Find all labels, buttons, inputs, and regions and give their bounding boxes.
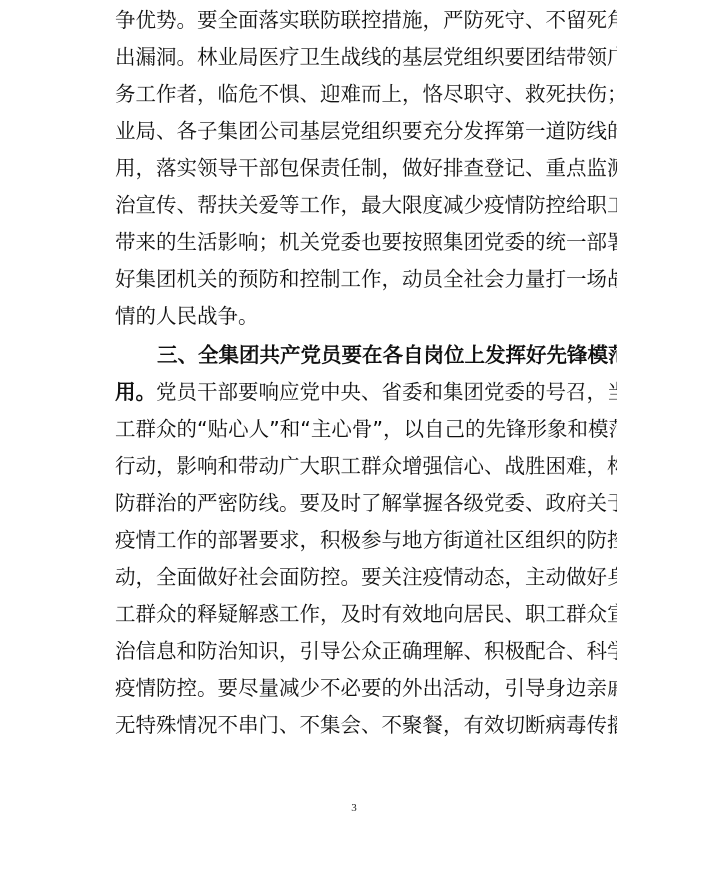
paragraph-line: 情的人民战争。	[115, 298, 617, 335]
paragraph-line: 行动，影响和带动广大职工群众增强信心、战胜困难，构筑群	[115, 448, 617, 485]
section-heading: 三、全集团共产党员要在各自岗位上发挥好先锋模范作	[115, 337, 617, 374]
document-page: 争优势。要全面落实联防联控措施，严防死守、不留死角、不 出漏洞。林业局医疗卫生战…	[0, 0, 703, 876]
paragraph-line: 务工作者，临危不惧、迎难而上，恪尽职守、救死扶伤；各林	[115, 76, 617, 113]
paragraph-line: 用。党员干部要响应党中央、省委和集团党委的号召，当好职	[115, 374, 617, 411]
paragraph-line: 用，落实领导干部包保责任制，做好排查登记、重点监测、防	[115, 150, 617, 187]
paragraph-line-text: 党员干部要响应党中央、省委和集团党委的号召，当好职	[156, 380, 617, 404]
paragraph-line: 争优势。要全面落实联防联控措施，严防死守、不留死角、不	[115, 2, 617, 39]
paragraph-line: 治宣传、帮扶关爱等工作，最大限度减少疫情防控给职工群众	[115, 187, 617, 224]
paragraph-line: 治信息和防治知识，引导公众正确理解、积极配合、科学参与	[115, 633, 617, 670]
paragraph-line: 无特殊情况不串门、不集会、不聚餐，有效切断病毒传播途径。	[115, 707, 617, 744]
paragraph-line: 业局、各子集团公司基层党组织要充分发挥第一道防线的作	[115, 113, 617, 150]
paragraph-line: 防群治的严密防线。要及时了解掌握各级党委、政府关于防控	[115, 485, 617, 522]
paragraph-line: 疫情防控。要尽量减少不必要的外出活动，引导身边亲戚朋友	[115, 670, 617, 707]
paragraph-line: 出漏洞。林业局医疗卫生战线的基层党组织要团结带领广大医	[115, 39, 617, 76]
paragraph-line: 带来的生活影响；机关党委也要按照集团党委的统一部署，做	[115, 224, 617, 261]
paragraph-line: 疫情工作的部署要求，积极参与地方街道社区组织的防控活	[115, 522, 617, 559]
paragraph-line: 动，全面做好社会面防控。要关注疫情动态，主动做好身边职	[115, 559, 617, 596]
paragraph-line: 工群众的释疑解惑工作，及时有效地向居民、职工群众宣传防	[115, 596, 617, 633]
paragraph-line: 好集团机关的预防和控制工作，动员全社会力量打一场战胜疫	[115, 261, 617, 298]
page-number: 3	[348, 802, 360, 814]
body-text: 争优势。要全面落实联防联控措施，严防死守、不留死角、不 出漏洞。林业局医疗卫生战…	[115, 2, 617, 744]
paragraph-line: 工群众的“贴心人”和“主心骨”，以自己的先锋形象和模范	[115, 411, 617, 448]
section-heading-continuation: 用。	[115, 380, 156, 404]
